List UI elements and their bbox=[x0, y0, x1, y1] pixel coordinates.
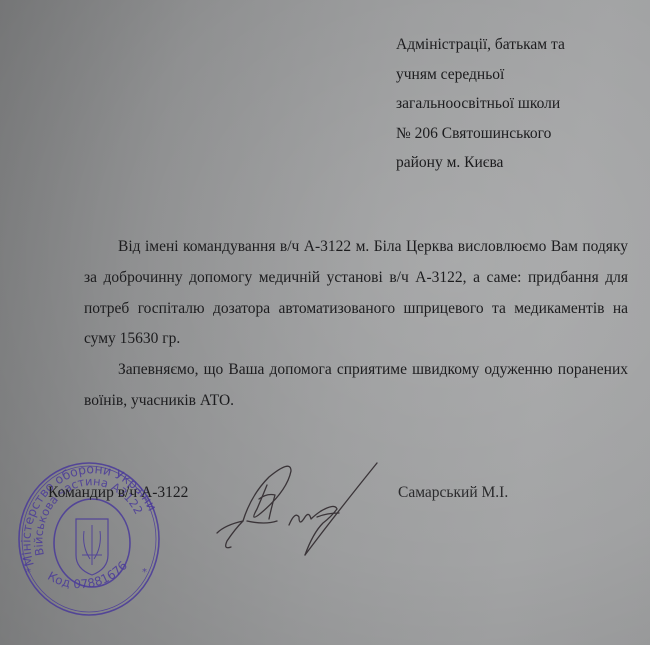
addressee-line: Адміністрації, батькам та bbox=[396, 30, 565, 60]
addressee-line: учням середньої bbox=[396, 60, 565, 90]
addressee-line: загальноосвітньої школи bbox=[396, 89, 565, 119]
body-paragraph-gratitude: Від імені командування в/ч А-3122 м. Біл… bbox=[84, 232, 628, 355]
official-stamp: Міністерство оборони України Військова ч… bbox=[12, 447, 167, 617]
letter-body: Від імені командування в/ч А-3122 м. Біл… bbox=[84, 232, 628, 417]
addressee-block: Адміністрації, батькам та учням середньо… bbox=[396, 30, 565, 178]
body-paragraph-assurance: Запевняємо, що Ваша допомога сприятиме ш… bbox=[84, 355, 628, 417]
svg-text:*: * bbox=[142, 567, 147, 578]
addressee-line: № 206 Святошинського bbox=[396, 119, 565, 149]
signatory-name: Самарський М.І. bbox=[398, 484, 508, 502]
signatory-title: Командир в/ч А-3122 bbox=[48, 484, 188, 502]
svg-text:*: * bbox=[26, 567, 31, 578]
handwritten-signature bbox=[205, 455, 380, 570]
addressee-line: району м. Києва bbox=[396, 148, 565, 178]
